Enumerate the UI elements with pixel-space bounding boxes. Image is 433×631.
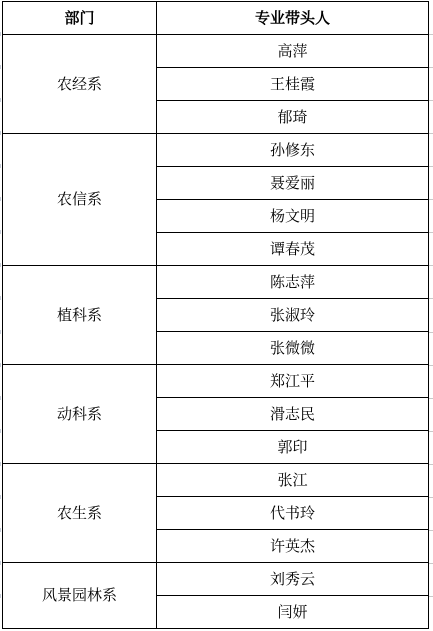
gridline-stub-right [429, 67, 433, 68]
header-row: 部门 专业带头人 [3, 2, 429, 35]
table-row: 风景园林系刘秀云 [3, 563, 429, 596]
gridline-stub-right [429, 464, 433, 465]
gridline-stub-left [0, 230, 1, 234]
gridline-stub-right [429, 232, 433, 233]
leader-cell: 张微微 [157, 332, 429, 365]
leader-cell: 谭春茂 [157, 233, 429, 266]
col-header-leader: 专业带头人 [157, 2, 429, 35]
leader-cell: 郭印 [157, 431, 429, 464]
table-row: 农生系张江 [3, 464, 429, 497]
leader-cell: 许英杰 [157, 530, 429, 563]
gridline-stub-right [429, 265, 433, 266]
gridline-stub-left [0, 528, 1, 532]
table-header: 部门 专业带头人 [3, 2, 429, 35]
gridline-stub-left [0, 98, 1, 102]
gridline-stub-left [0, 561, 1, 565]
leader-cell: 郁琦 [157, 101, 429, 134]
gridline-stub-left [0, 495, 1, 499]
department-leaders-table: 部门 专业带头人 农经系高萍王桂霞郁琦农信系孙修东聂爱丽杨文明谭春茂植科系陈志萍… [2, 1, 429, 629]
gridline-stub-left [0, 263, 1, 267]
leader-cell: 杨文明 [157, 200, 429, 233]
gridline-stub-left [0, 296, 1, 300]
department-cell: 农生系 [3, 464, 157, 563]
gridline-stub-right [429, 431, 433, 432]
leader-cell: 闫妍 [157, 596, 429, 629]
department-cell: 动科系 [3, 365, 157, 464]
gridline-stub-right [429, 166, 433, 167]
table-row: 农经系高萍 [3, 35, 429, 68]
col-header-department: 部门 [3, 2, 157, 35]
gridline-stub-right [429, 596, 433, 597]
leader-cell: 代书玲 [157, 497, 429, 530]
table-row: 农信系孙修东 [3, 134, 429, 167]
gridline-stub-left [0, 330, 1, 334]
gridline-stub-right [429, 563, 433, 564]
gridline-stub-left [0, 65, 1, 69]
gridline-stub-right [429, 133, 433, 134]
gridline-stub-left [0, 462, 1, 466]
leader-cell: 张江 [157, 464, 429, 497]
gridline-stub-left [0, 363, 1, 367]
leader-cell: 郑江平 [157, 365, 429, 398]
gridline-stub-right [429, 398, 433, 399]
department-cell: 农信系 [3, 134, 157, 266]
gridline-stub-left [0, 197, 1, 201]
gridline-stub-right [429, 100, 433, 101]
document-page: 部门 专业带头人 农经系高萍王桂霞郁琦农信系孙修东聂爱丽杨文明谭春茂植科系陈志萍… [0, 0, 433, 631]
leader-cell: 张淑玲 [157, 299, 429, 332]
gridline-stub-left [0, 131, 1, 135]
gridline-stub-left [0, 594, 1, 598]
leader-cell: 陈志萍 [157, 266, 429, 299]
department-cell: 植科系 [3, 266, 157, 365]
gridline-stub-right [429, 298, 433, 299]
gridline-stub-right [429, 497, 433, 498]
gridline-stub-right [429, 199, 433, 200]
gridline-stub-left [0, 429, 1, 433]
table-body: 农经系高萍王桂霞郁琦农信系孙修东聂爱丽杨文明谭春茂植科系陈志萍张淑玲张微微动科系… [3, 35, 429, 629]
leader-cell: 孙修东 [157, 134, 429, 167]
table-row: 植科系陈志萍 [3, 266, 429, 299]
leader-cell: 聂爱丽 [157, 167, 429, 200]
gridline-stub-right [429, 34, 433, 35]
gridline-stub-left [0, 396, 1, 400]
gridline-stub-left [0, 32, 1, 36]
table-row: 动科系郑江平 [3, 365, 429, 398]
leader-cell: 王桂霞 [157, 68, 429, 101]
gridline-stub-right [429, 332, 433, 333]
leader-cell: 刘秀云 [157, 563, 429, 596]
gridline-stub-left [0, 164, 1, 168]
gridline-stub-right [429, 530, 433, 531]
department-cell: 农经系 [3, 35, 157, 134]
leader-cell: 滑志民 [157, 398, 429, 431]
department-cell: 风景园林系 [3, 563, 157, 629]
leader-cell: 高萍 [157, 35, 429, 68]
gridline-stub-right [429, 365, 433, 366]
